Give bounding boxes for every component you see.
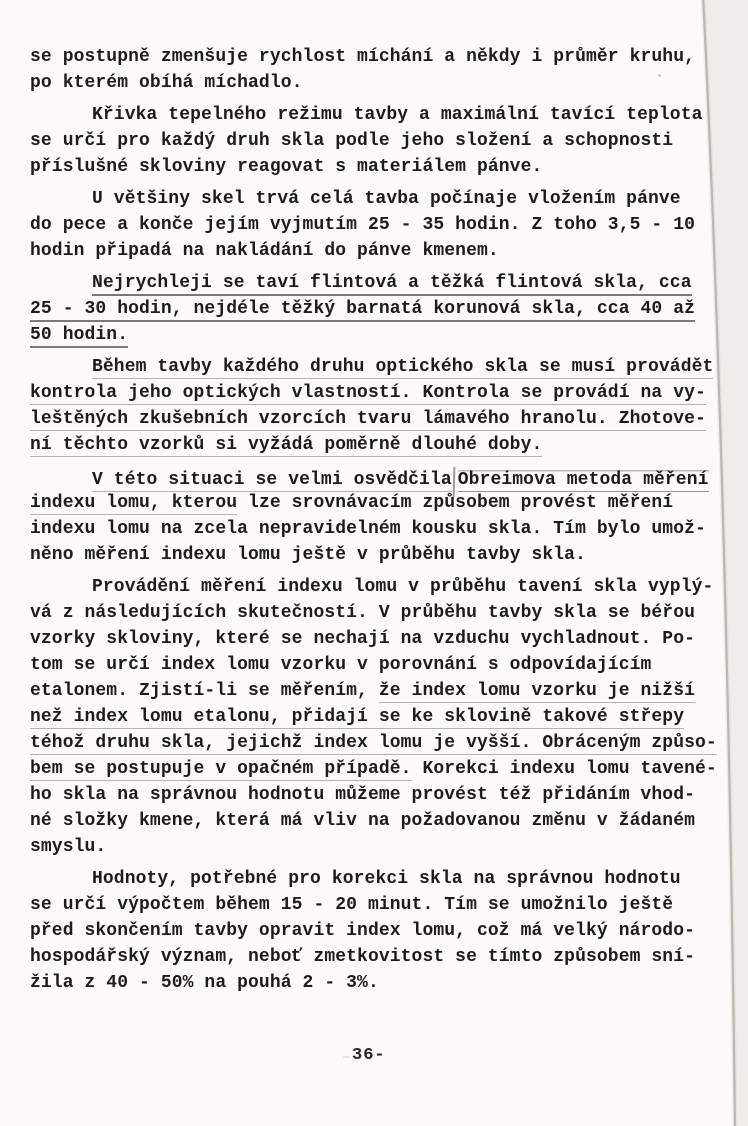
scan-speck <box>33 552 36 555</box>
paragraph: Provádění měření indexu lomu v průběhu t… <box>30 568 730 860</box>
text-segment: U většiny skel trvá celá tavba počínaje … <box>92 189 681 209</box>
paragraph: se postupně zmenšuje rychlost míchání a … <box>30 44 730 96</box>
text-segment: bem se postupuje v opačném případě. <box>30 759 412 781</box>
paragraph: Hodnoty, potřebné pro korekci skla na sp… <box>30 860 730 996</box>
text-line: téhož druhu skla, jejichž index lomu je … <box>30 730 730 756</box>
text-line: se určí pro každý druh skla podle jeho s… <box>30 128 730 154</box>
text-segment: Během tavby každého druhu optického skla… <box>92 357 713 379</box>
text-line: bem se postupuje v opačném případě. Kore… <box>30 756 730 782</box>
text-line: ho skla na správnou hodnotu můžeme prové… <box>30 782 730 808</box>
text-block: se postupně zmenšuje rychlost míchání a … <box>30 44 730 996</box>
paragraph: Během tavby každého druhu optického skla… <box>30 348 730 458</box>
text-segment: žila z 40 - 50% na pouhá 2 - 3%. <box>30 973 379 993</box>
text-segment: Křivka tepelného režimu tavby a maximáln… <box>92 105 703 125</box>
text-segment: 25 - 30 hodin, nejdéle těžký barnatá kor… <box>30 299 695 322</box>
text-line: né složky kmene, která má vliv na požado… <box>30 808 730 834</box>
text-segment: vá z následujících skutečností. V průběh… <box>30 603 695 623</box>
text-line: etalonem. Zjistí-li se měřením, že index… <box>30 678 730 704</box>
text-segment: se postupně zmenšuje rychlost míchání a … <box>30 47 695 67</box>
text-segment: Nejrychleji se taví flintová a těžká fli… <box>92 273 692 296</box>
text-segment: téhož druhu skla, jejichž index lomu je … <box>30 733 717 755</box>
text-line: hodin připadá na nakládání do pánve kmen… <box>30 238 730 264</box>
text-line: vzorky skloviny, které se nechají na vzd… <box>30 626 730 652</box>
text-segment: né složky kmene, která má vliv na požado… <box>30 811 695 831</box>
text-segment: příslušné skloviny reagovat s materiálem… <box>30 157 542 177</box>
text-line: Hodnoty, potřebné pro korekci skla na sp… <box>30 866 730 892</box>
text-line: Provádění měření indexu lomu v průběhu t… <box>30 574 730 600</box>
text-line: Během tavby každého druhu optického skla… <box>30 354 730 380</box>
text-line: se postupně zmenšuje rychlost míchání a … <box>30 44 730 70</box>
text-line: leštěných zkušebních vzorcích tvaru láma… <box>30 406 730 432</box>
text-segment: indexu lomu, kterou <box>30 493 237 515</box>
text-line: po kterém obíhá míchadlo. <box>30 70 730 96</box>
text-line: 50 hodin. <box>30 322 730 348</box>
paragraph: Křivka tepelného režimu tavby a maximáln… <box>30 96 730 180</box>
text-segment: Korekci indexu lomu tavené- <box>412 759 717 779</box>
text-line: do pece a konče jejím vyjmutím 25 - 35 h… <box>30 212 730 238</box>
page-number: 36- <box>352 1046 386 1065</box>
text-line: indexu lomu na zcela nepravidelném kousk… <box>30 516 730 542</box>
paragraph: V této situaci se velmi osvědčilaObreimo… <box>30 458 730 568</box>
text-line: indexu lomu, kterou lze srovnávacím způs… <box>30 490 730 516</box>
text-line: tom se určí index lomu vzorku v porovnán… <box>30 652 730 678</box>
text-segment: hospodářský význam, neboť zmetkovitost s… <box>30 947 695 967</box>
text-segment: se určí výpočtem během 15 - 20 minut. Tí… <box>30 895 673 915</box>
text-segment: lze srovnávacím způsobem provést měření <box>237 493 673 513</box>
text-segment: 50 hodin. <box>30 325 128 348</box>
scan-speck <box>658 74 661 77</box>
text-line: 25 - 30 hodin, nejdéle těžký barnatá kor… <box>30 296 730 322</box>
document-page: se postupně zmenšuje rychlost míchání a … <box>0 0 748 1126</box>
text-segment: indexu lomu na zcela nepravidelném kousk… <box>30 519 706 539</box>
text-segment: tom se určí index lomu vzorku v porovnán… <box>30 655 651 675</box>
text-segment: leštěných zkušebních vzorcích tvaru láma… <box>30 409 706 431</box>
text-line: hospodářský význam, neboť zmetkovitost s… <box>30 944 730 970</box>
text-line: se určí výpočtem během 15 - 20 minut. Tí… <box>30 892 730 918</box>
text-line: vá z následujících skutečností. V průběh… <box>30 600 730 626</box>
text-segment: že index lomu vzorku je nižší <box>379 681 695 703</box>
text-segment: Obreimova metoda měření <box>458 470 709 492</box>
text-segment: hodin připadá na nakládání do pánve kmen… <box>30 241 499 261</box>
scan-speck <box>343 1056 350 1058</box>
text-segment: po kterém obíhá míchadlo. <box>30 73 303 93</box>
text-segment: Hodnoty, potřebné pro korekci skla na sp… <box>92 869 681 889</box>
text-segment: smyslu. <box>30 837 106 857</box>
text-segment: se určí pro každý druh skla podle jeho s… <box>30 131 673 151</box>
text-line: před skončením tavby opravit index lomu,… <box>30 918 730 944</box>
text-segment: před skončením tavby opravit index lomu,… <box>30 921 695 941</box>
text-line: něno měření indexu lomu ještě v průběhu … <box>30 542 730 568</box>
text-segment: vzorky skloviny, které se nechají na vzd… <box>30 629 695 649</box>
text-line: Křivka tepelného režimu tavby a maximáln… <box>30 102 730 128</box>
text-segment: něno měření indexu lomu ještě v průběhu … <box>30 545 586 565</box>
text-line: žila z 40 - 50% na pouhá 2 - 3%. <box>30 970 730 996</box>
paragraph: Nejrychleji se taví flintová a těžká fli… <box>30 264 730 348</box>
text-segment: ho skla na správnou hodnotu můžeme prové… <box>30 785 695 805</box>
text-segment: než index lomu etalonu, přidají se ke sk… <box>30 707 684 729</box>
text-line: Nejrychleji se taví flintová a těžká fli… <box>30 270 730 296</box>
text-line: než index lomu etalonu, přidají se ke sk… <box>30 704 730 730</box>
text-line: V této situaci se velmi osvědčilaObreimo… <box>30 464 730 490</box>
text-segment: do pece a konče jejím vyjmutím 25 - 35 h… <box>30 215 695 235</box>
text-segment: V této situaci se velmi osvědčila <box>92 470 452 492</box>
text-segment: kontrola jeho optických vlastností. Kont… <box>30 383 706 405</box>
text-segment: Provádění měření indexu lomu v průběhu t… <box>92 577 713 597</box>
text-line: ní těchto vzorků si vyžádá poměrně dlouh… <box>30 432 730 458</box>
text-line: kontrola jeho optických vlastností. Kont… <box>30 380 730 406</box>
text-line: U většiny skel trvá celá tavba počínaje … <box>30 186 730 212</box>
text-segment: etalonem. Zjistí-li se měřením, <box>30 681 379 701</box>
text-line: smyslu. <box>30 834 730 860</box>
text-line: příslušné skloviny reagovat s materiálem… <box>30 154 730 180</box>
paragraph: U většiny skel trvá celá tavba počínaje … <box>30 180 730 264</box>
scan-speck <box>585 106 589 109</box>
text-segment: ní těchto vzorků si vyžádá poměrně dlouh… <box>30 435 542 457</box>
